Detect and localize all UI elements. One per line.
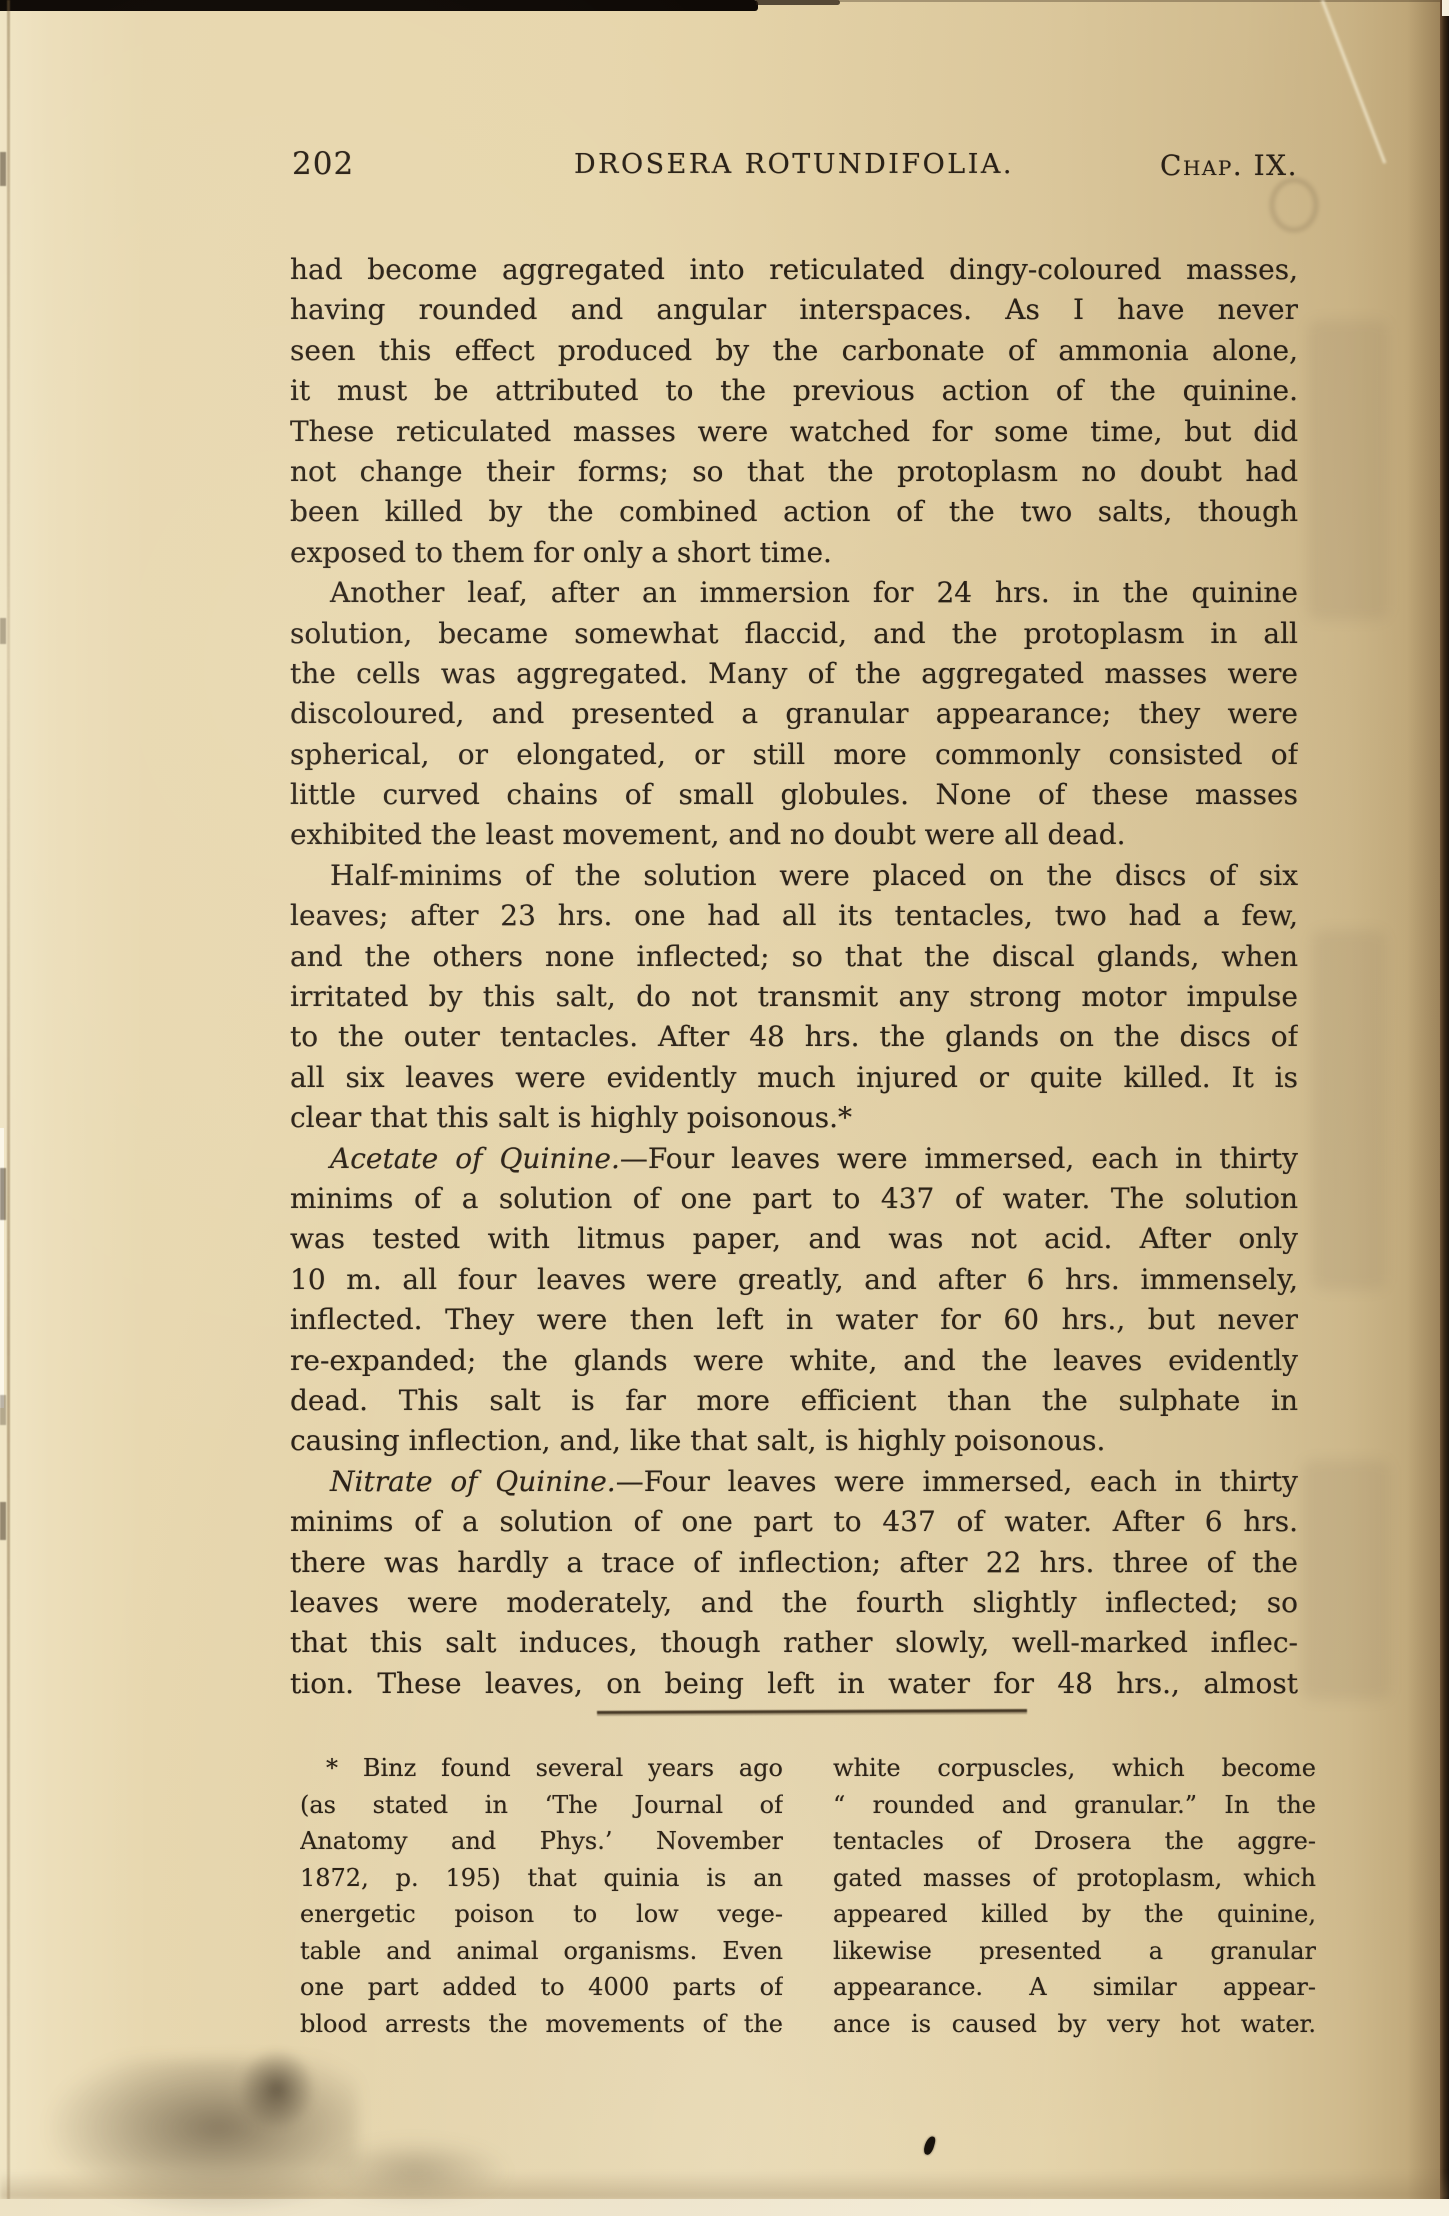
text-line: the cells was aggregated. Many of the ag… — [290, 654, 1298, 694]
text-line: seen this effect produced by the carbona… — [290, 331, 1298, 371]
text-line: been killed by the combined action of th… — [290, 492, 1298, 532]
text-line: clear that this salt is highly poisonous… — [290, 1098, 1298, 1138]
text-line: little curved chains of small globules. … — [290, 775, 1298, 815]
text-line: discoloured, and presented a granular ap… — [290, 694, 1298, 734]
text-line: inflected. They were then left in water … — [290, 1300, 1298, 1340]
edge-mark — [0, 152, 6, 186]
text-line: Acetate of Quinine.—Four leaves were imm… — [290, 1139, 1298, 1179]
text-line: to the outer tentacles. After 48 hrs. th… — [290, 1017, 1298, 1057]
scan-corner-notch — [1442, 0, 1449, 16]
scan-edge-top-line — [838, 0, 1449, 2]
text-line: Anatomy and Phys.’ November — [300, 1823, 783, 1860]
text-line: tion. These leaves, on being left in wat… — [290, 1664, 1298, 1704]
text-line: tentacles of Drosera the aggre- — [833, 1823, 1316, 1860]
paragraph: had become aggregated into reticulated d… — [290, 250, 1298, 573]
text-line: was tested with litmus paper, and was no… — [290, 1219, 1298, 1259]
thumb-smudge-dark-spot — [238, 2048, 316, 2130]
running-title: DROSERA ROTUNDIFOLIA. — [574, 149, 1014, 180]
text-line: blood arrests the movements of the — [300, 2006, 783, 2043]
text-line: and the others none inflected; so that t… — [290, 937, 1298, 977]
text-line: energetic poison to low vege- — [300, 1896, 783, 1933]
text-line: appeared killed by the quinine, — [833, 1896, 1316, 1933]
text-line: table and animal organisms. Even — [300, 1933, 783, 1970]
showthrough-smudge — [1308, 320, 1388, 620]
paragraph: * Binz found several years ago(as stated… — [300, 1750, 783, 2042]
text-line: exposed to them for only a short time. — [290, 533, 1298, 573]
showthrough-smudge — [1312, 930, 1386, 1290]
paragraph: Nitrate of Quinine.—Four leaves were imm… — [290, 1462, 1298, 1704]
italic-lead: Acetate of Quinine. — [330, 1142, 620, 1175]
showthrough-glyph — [1270, 178, 1318, 232]
ink-speck — [923, 2135, 937, 2156]
edge-mark — [0, 1168, 6, 1220]
text-line: white corpuscles, which become — [833, 1750, 1316, 1787]
text-line: minims of a solution of one part to 437 … — [290, 1179, 1298, 1219]
text-line: minims of a solution of one part to 437 … — [290, 1502, 1298, 1542]
text-line: gated masses of protoplasm, which — [833, 1860, 1316, 1897]
text-line: Nitrate of Quinine.—Four leaves were imm… — [290, 1462, 1298, 1502]
text-line: These reticulated masses were watched fo… — [290, 412, 1298, 452]
paragraph: Acetate of Quinine.—Four leaves were imm… — [290, 1139, 1298, 1462]
text-line: leaves were moderately, and the fourth s… — [290, 1583, 1298, 1623]
text-line: Half-minims of the solution were placed … — [290, 856, 1298, 896]
text-line: * Binz found several years ago — [300, 1750, 783, 1787]
book-page-scan: 202 DROSERA ROTUNDIFOLIA. Chap. IX. had … — [0, 0, 1449, 2216]
showthrough-smudge — [1302, 1460, 1390, 1700]
edge-mark — [0, 618, 6, 644]
text-line: 10 m. all four leaves were greatly, and … — [290, 1260, 1298, 1300]
text-line: solution, became somewhat flaccid, and t… — [290, 614, 1298, 654]
text-line: “ rounded and granular.” In the — [833, 1787, 1316, 1824]
text-line: irritated by this salt, do not transmit … — [290, 977, 1298, 1017]
paragraph: white corpuscles, which become“ rounded … — [833, 1750, 1316, 2042]
text-line: ance is caused by very hot water. — [833, 2006, 1316, 2043]
body-text: had become aggregated into reticulated d… — [290, 250, 1298, 1704]
scan-edge-top-band-thin — [756, 0, 840, 5]
footnote-column-left: * Binz found several years ago(as stated… — [300, 1750, 783, 2042]
scan-edge-top-band — [0, 0, 758, 11]
text-line: all six leaves were evidently much injur… — [290, 1058, 1298, 1098]
footnote: * Binz found several years ago(as stated… — [300, 1750, 1316, 2042]
page-left-deckle-edge — [7, 0, 10, 2216]
scan-edge-right-band — [1440, 0, 1449, 2216]
footnote-separator-rule — [597, 1709, 1027, 1714]
text-line: not change their forms; so that the prot… — [290, 452, 1298, 492]
text-line: had become aggregated into reticulated d… — [290, 250, 1298, 290]
text-line: one part added to 4000 parts of — [300, 1969, 783, 2006]
text-line: appearance. A similar appear- — [833, 1969, 1316, 2006]
text-line: 1872, p. 195) that quinia is an — [300, 1860, 783, 1897]
footnote-column-right: white corpuscles, which become“ rounded … — [833, 1750, 1316, 2042]
paragraph: Another leaf, after an immersion for 24 … — [290, 573, 1298, 856]
paper-crease — [1321, 0, 1387, 164]
text-line: dead. This salt is far more efficient th… — [290, 1381, 1298, 1421]
paragraph: Half-minims of the solution were placed … — [290, 856, 1298, 1139]
thumb-smudge-tail — [320, 2140, 510, 2202]
text-line: spherical, or elongated, or still more c… — [290, 735, 1298, 775]
text-line: likewise presented a granular — [833, 1933, 1316, 1970]
italic-lead: Nitrate of Quinine. — [330, 1465, 616, 1498]
edge-mark — [0, 1395, 6, 1425]
text-line: causing inflection, and, like that salt,… — [290, 1421, 1298, 1461]
page-number: 202 — [292, 146, 354, 182]
text-line: there was hardly a trace of inflection; … — [290, 1543, 1298, 1583]
chapter-label: Chap. IX. — [1160, 149, 1298, 182]
text-line: that this salt induces, though rather sl… — [290, 1623, 1298, 1663]
text-line: it must be attributed to the previous ac… — [290, 371, 1298, 411]
edge-mark — [0, 1502, 6, 1540]
text-line: Another leaf, after an immersion for 24 … — [290, 573, 1298, 613]
page-curl-shadow — [1407, 0, 1441, 2216]
text-line: exhibited the least movement, and no dou… — [290, 815, 1298, 855]
text-line: leaves; after 23 hrs. one had all its te… — [290, 896, 1298, 936]
text-line: having rounded and angular interspaces. … — [290, 290, 1298, 330]
text-line: (as stated in ‘The Journal of — [300, 1787, 783, 1824]
text-line: re-expanded; the glands were white, and … — [290, 1341, 1298, 1381]
page-header: 202 DROSERA ROTUNDIFOLIA. Chap. IX. — [290, 146, 1298, 186]
